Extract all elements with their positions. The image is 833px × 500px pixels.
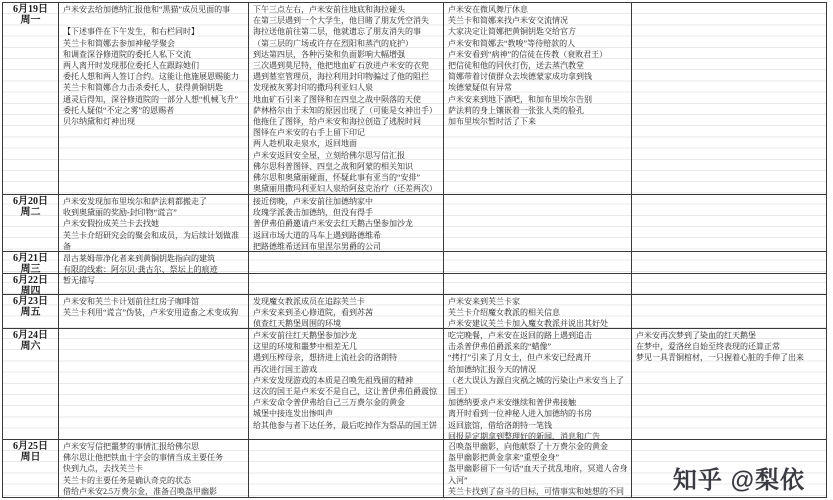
zhihu-watermark: 知乎 @梨依 xyxy=(673,460,805,495)
weekday-label: 周三 xyxy=(21,264,41,274)
table-row-sat: 6月24日周六 卢米安前往红天鹅堡参加沙龙 这里的环境和噩梦中相差无几 遇到压榨… xyxy=(3,328,826,439)
table-row-wed: 6月21日周三 昂古莱姆带净化者来到黄铜钥匙指向的建筑 有限的线索：阿尔贝·龚古… xyxy=(3,251,826,273)
table-row-thu: 6月22日周四 暂无描写 xyxy=(3,273,826,294)
events-cell-tue-d xyxy=(631,195,826,251)
events-cell-wed-a: 昂古莱姆带净化者来到黄铜钥匙指向的建筑 有限的线索：阿尔贝·龚古尔、祭坛上的痕迹 xyxy=(58,252,248,273)
events-cell-wed-c xyxy=(443,252,631,273)
date-cell: 6月25日周日 xyxy=(3,440,58,497)
events-cell-fri-d xyxy=(631,295,826,328)
events-cell-mon-a: 卢米安去给加德纳汇报他和“黑猫”成员见面的事 【下述事件在下午发生，和右栏同时】… xyxy=(58,3,248,194)
events-cell-fri-a: 卢米安和芙兰卡计划前往红房子咖啡馆 芙兰卡利用“谎言”伪装，卢米安用造畜之术变成… xyxy=(58,295,248,328)
date-cell: 6月24日周六 xyxy=(3,329,58,439)
events-cell-sat-a xyxy=(58,329,248,439)
events-cell-tue-c xyxy=(443,195,631,251)
events-cell-wed-b xyxy=(248,252,443,273)
events-cell-thu-c xyxy=(443,274,631,294)
events-cell-sun-b xyxy=(248,440,443,497)
weekday-label: 周二 xyxy=(21,207,41,218)
date-label: 6月20日 xyxy=(13,196,48,207)
events-cell-thu-d xyxy=(631,274,826,294)
date-label: 6月21日 xyxy=(13,253,48,264)
table-row-fri: 6月23日周五 卢米安和芙兰卡计划前往红房子咖啡馆 芙兰卡利用“谎言”伪装，卢米… xyxy=(3,294,826,328)
events-cell-mon-d xyxy=(631,3,826,194)
date-label: 6月24日 xyxy=(13,330,48,341)
events-cell-mon-b: 下午三点左右，卢米安前往地底和海拉碰头 在第三层遇到一个大学生，他目睹了朋友凭空… xyxy=(248,3,443,194)
events-cell-sat-c: 吃完晚餐，卢米安在返回的路上遇到追击 击杀普伊弗伯爵派来的“蜡像” “拷打”引来… xyxy=(443,329,631,439)
weekday-label: 周四 xyxy=(21,286,41,295)
watermark-text: 知乎 @梨依 xyxy=(673,467,805,494)
table-row-tue: 6月20日周二 卢米安发现加布里埃尔和萨法莉都搬走了 收到奥黛丽的奖励-封印物“… xyxy=(3,194,826,251)
events-cell-sun-a: 卢米安写信把噩梦的事情汇报给佛尔思 佛尔思让他把铁血十字会的事情当成主要任务 快… xyxy=(58,440,248,497)
events-cell-sat-d: 卢米安再次梦到了染血的红天鹅堡 在梦中，爱洛丝自始至终表现的还算正常 梦见一具青… xyxy=(631,329,826,439)
table-row-mon: 6月19日周一 卢米安去给加德纳汇报他和“黑猫”成员见面的事 【下述事件在下午发… xyxy=(3,3,826,194)
date-label: 6月25日 xyxy=(13,441,48,452)
events-cell-fri-b: 发现魔女教派成员在追踪芙兰卡 卢米安来到圣心修道院，看到苏茜 侦查红天鹅堡周围的… xyxy=(248,295,443,328)
date-label: 6月23日 xyxy=(13,296,48,307)
schedule-table: 6月19日周一 卢米安去给加德纳汇报他和“黑猫”成员见面的事 【下述事件在下午发… xyxy=(2,2,827,498)
events-cell-wed-d xyxy=(631,252,826,273)
date-label: 6月22日 xyxy=(13,275,48,286)
events-cell-tue-a: 卢米安发现加布里埃尔和萨法莉都搬走了 收到奥黛丽的奖励-封印物“谎言” 卢米安假… xyxy=(58,195,248,251)
events-cell-thu-a: 暂无描写 xyxy=(58,274,248,294)
weekday-label: 周一 xyxy=(21,15,41,26)
date-cell: 6月19日周一 xyxy=(3,3,58,194)
weekday-label: 周五 xyxy=(21,307,41,318)
date-cell: 6月22日周四 xyxy=(3,274,58,294)
events-cell-fri-c: 卢米安来到芙兰卡家 芙兰卡介绍魔女教派的相关信息 卢米安建议芙兰卡加入魔女教派并… xyxy=(443,295,631,328)
date-cell: 6月23日周五 xyxy=(3,295,58,328)
events-cell-sun-c: 召唤盔甲幽影，向他献祭了十万费尔金的黄金 盔甲幽影把黄金拿来“重塑金身” 盔甲幽… xyxy=(443,440,631,497)
events-cell-thu-b xyxy=(248,274,443,294)
weekday-label: 周六 xyxy=(21,341,41,352)
date-label: 6月19日 xyxy=(13,4,48,15)
events-cell-tue-b: 接近傍晚，卢米安前往加德纳家中 玫瑰学派袭击加德纳，但没有得手 普伊弗伯爵邀请卢… xyxy=(248,195,443,251)
events-cell-mon-c: 卢米安在微风舞厅休息 芙兰卡和简娜来找卢米安交流情况 大家决定让简娜把黄铜钥匙交… xyxy=(443,3,631,194)
events-cell-sat-b: 卢米安前往红天鹅堡参加沙龙 这里的环境和噩梦中相差无几 遇到压榨母亲，想挤进上流… xyxy=(248,329,443,439)
date-cell: 6月20日周二 xyxy=(3,195,58,251)
date-cell: 6月21日周三 xyxy=(3,252,58,273)
weekday-label: 周日 xyxy=(21,452,41,463)
